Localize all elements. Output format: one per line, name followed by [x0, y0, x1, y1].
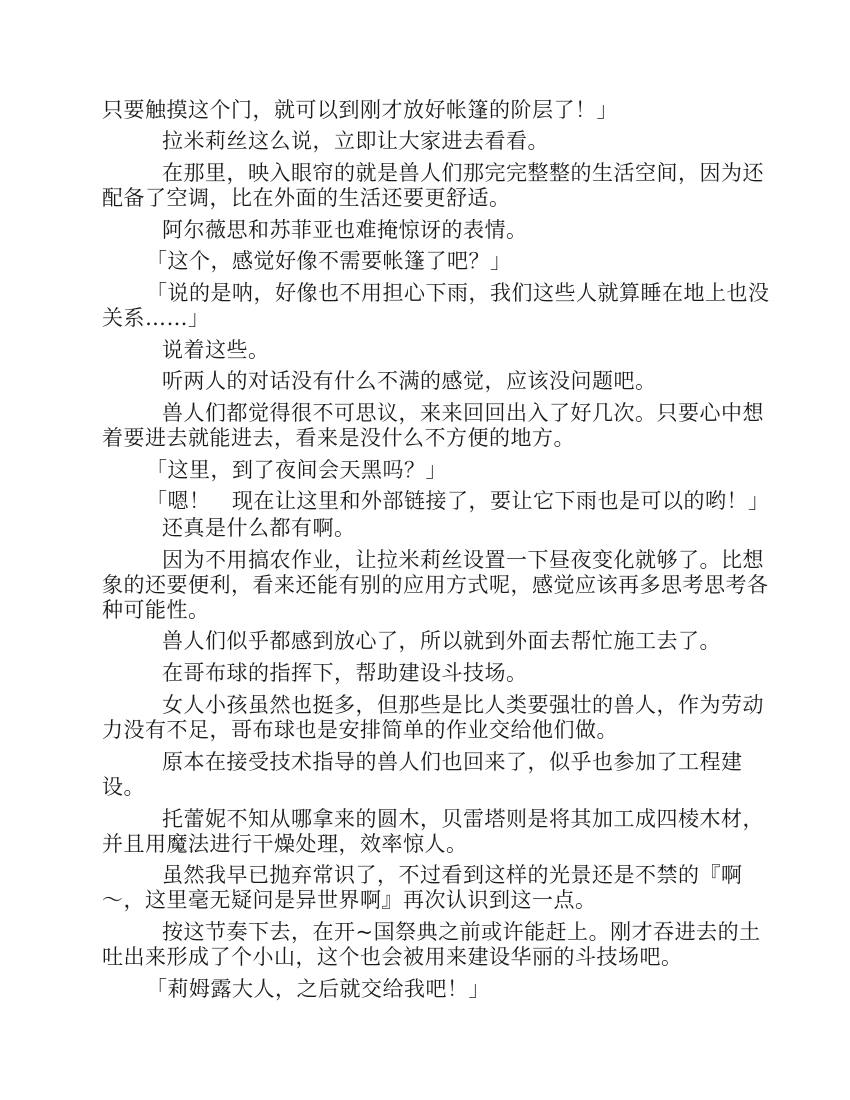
- text-line: 设。: [102, 774, 145, 800]
- text-line: 按这节奏下去，在开~国祭典之前或许能赶上。刚才吞进去的土: [162, 919, 761, 945]
- text-line: 说着这些。: [162, 337, 270, 363]
- text-line: 「嗯！ 现在让这里和外部链接了，要让它下雨也是可以的哟！」: [146, 488, 770, 514]
- text-line: 「莉姆露大人，之后就交给我吧！」: [146, 976, 490, 1002]
- text-line: 在哥布球的指挥下，帮助建设斗技场。: [162, 660, 528, 686]
- text-line: 在那里，映入眼帘的就是兽人们那完完整整的生活空间，因为还: [162, 160, 764, 186]
- text-line: 「这里，到了夜间会天黑吗？」: [146, 457, 447, 483]
- text-line: 原本在接受技术指导的兽人们也回来了，似乎也参加了工程建: [162, 749, 743, 775]
- text-line: 兽人们都觉得很不可思议，来来回回出入了好几次。只要心中想: [162, 400, 764, 426]
- text-line: 还真是什么都有啊。: [162, 515, 356, 541]
- text-line: 并且用魔法进行干燥处理，效率惊人。: [102, 831, 468, 857]
- text-line: 虽然我早已抛弃常识了，不过看到这样的光景还是不禁的『啊: [162, 862, 743, 888]
- text-line: 力没有不足，哥布球也是安排简单的作业交给他们做。: [102, 717, 618, 743]
- text-line: 只要触摸这个门，就可以到刚才放好帐篷的阶层了！」: [102, 97, 618, 123]
- text-line: 阿尔薇思和苏菲亚也难掩惊讶的表情。: [162, 217, 528, 243]
- document-page: 只要触摸这个门，就可以到刚才放好帐篷的阶层了！」拉米莉丝这么说，立即让大家进去看…: [0, 0, 850, 1100]
- text-line: 吐出来形成了个小山，这个也会被用来建设华丽的斗技场吧。: [102, 944, 683, 970]
- text-line: 关系……」: [102, 305, 210, 331]
- text-line: 「说的是呐，好像也不用担心下雨，我们这些人就算睡在地上也没: [146, 280, 770, 306]
- text-line: 听两人的对话没有什么不满的感觉，应该没问题吧。: [162, 368, 657, 394]
- text-line: 着要进去就能进去，看来是没什么不方便的地方。: [102, 425, 575, 451]
- text-line: 拉米莉丝这么说，立即让大家进去看看。: [162, 128, 549, 154]
- text-line: 「这个，感觉好像不需要帐篷了吧？」: [146, 248, 512, 274]
- text-line: 因为不用搞农作业，让拉米莉丝设置一下昼夜变化就够了。比想: [162, 547, 764, 573]
- text-line: 配备了空调，比在外面的生活还要更舒适。: [102, 185, 511, 211]
- text-line: 种可能性。: [102, 597, 210, 623]
- text-line: ～，这里毫无疑问是异世界啊』再次认识到这一点。: [102, 887, 597, 913]
- text-line: 女人小孩虽然也挺多，但那些是比人类要强壮的兽人，作为劳动: [162, 692, 764, 718]
- text-line: 兽人们似乎都感到放心了，所以就到外面去帮忙施工去了。: [162, 628, 721, 654]
- text-line: 象的还要便利，看来还能有别的应用方式呢，感觉应该再多思考思考各: [102, 572, 769, 598]
- text-line: 托蕾妮不知从哪拿来的圆木，贝雷塔则是将其加工成四棱木材，: [162, 806, 764, 832]
